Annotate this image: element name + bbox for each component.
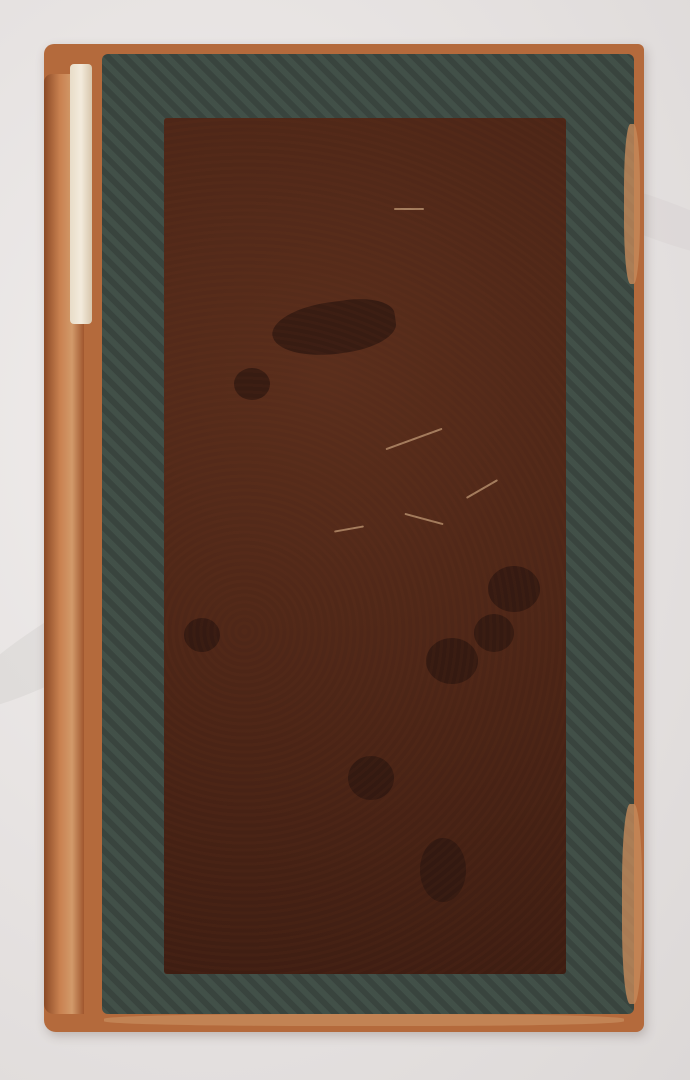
leather-panel bbox=[164, 118, 566, 974]
worn-edge bbox=[104, 1014, 624, 1026]
stain bbox=[426, 638, 478, 684]
scratch bbox=[466, 479, 498, 499]
stain bbox=[269, 294, 399, 363]
page-edges bbox=[70, 64, 92, 324]
worn-edge bbox=[622, 804, 642, 1004]
stain bbox=[348, 756, 394, 800]
stain bbox=[234, 368, 270, 400]
book bbox=[44, 44, 644, 1032]
scratch bbox=[385, 428, 442, 450]
stain bbox=[488, 566, 540, 612]
worn-edge bbox=[624, 124, 640, 284]
stain bbox=[474, 614, 514, 652]
scratch bbox=[334, 525, 364, 532]
stain bbox=[420, 838, 466, 902]
scratch bbox=[404, 513, 443, 525]
stain bbox=[184, 618, 220, 652]
scratch bbox=[394, 208, 424, 210]
